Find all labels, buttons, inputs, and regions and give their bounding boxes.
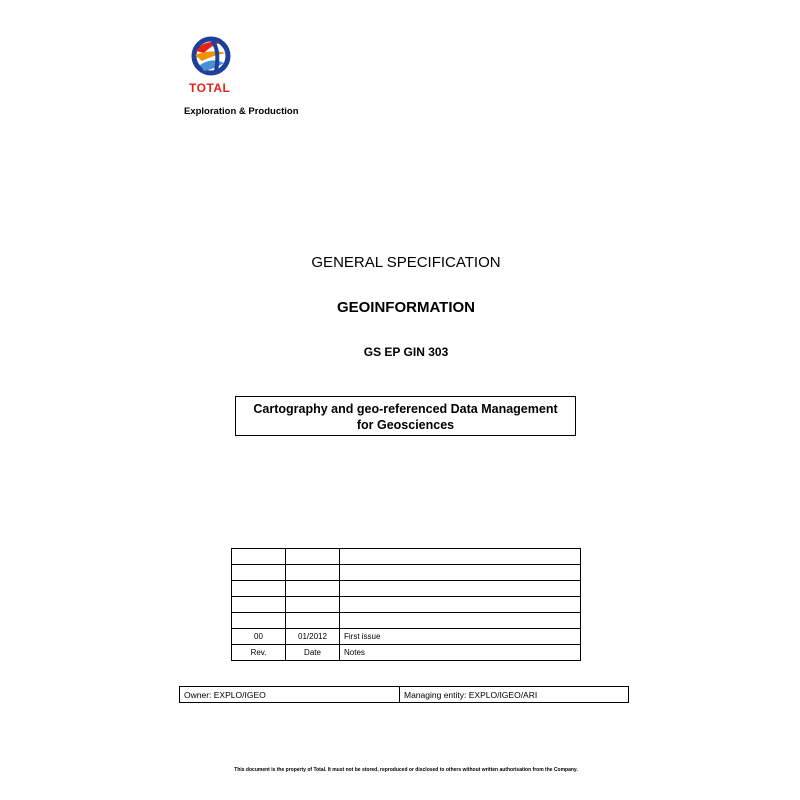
revision-table: 0001/2012First issueRev.DateNotes: [231, 548, 581, 661]
notes-cell: Notes: [340, 645, 581, 661]
document-title: GEOINFORMATION: [0, 299, 800, 316]
document-type: GENERAL SPECIFICATION: [0, 254, 800, 271]
date-cell: [286, 581, 340, 597]
notes-cell: [340, 549, 581, 565]
subject-line-2: for Geosciences: [236, 417, 575, 433]
rev-cell: [232, 581, 286, 597]
managing-entity-cell: Managing entity: EXPLO/IGEO/ARI: [400, 687, 629, 703]
date-cell: 01/2012: [286, 629, 340, 645]
rev-cell: 00: [232, 629, 286, 645]
total-logo-icon: [190, 35, 232, 77]
date-cell: [286, 597, 340, 613]
confidentiality-notice: This document is the property of Total. …: [0, 767, 800, 773]
rev-cell: [232, 597, 286, 613]
rev-cell: [232, 549, 286, 565]
notes-cell: [340, 565, 581, 581]
revision-row: [232, 597, 581, 613]
document-code: GS EP GIN 303: [0, 345, 800, 359]
revision-row: [232, 565, 581, 581]
owner-cell: Owner: EXPLO/IGEO: [180, 687, 400, 703]
rev-cell: Rev.: [232, 645, 286, 661]
subject-line-1: Cartography and geo-referenced Data Mana…: [236, 401, 575, 417]
rev-cell: [232, 565, 286, 581]
revision-row: 0001/2012First issue: [232, 629, 581, 645]
revision-row: [232, 613, 581, 629]
notes-cell: [340, 597, 581, 613]
date-cell: [286, 613, 340, 629]
revision-header-row: Rev.DateNotes: [232, 645, 581, 661]
division-label: Exploration & Production: [184, 106, 299, 117]
rev-cell: [232, 613, 286, 629]
ownership-table: Owner: EXPLO/IGEO Managing entity: EXPLO…: [179, 686, 629, 703]
revision-row: [232, 581, 581, 597]
notes-cell: First issue: [340, 629, 581, 645]
brand-name: TOTAL: [189, 81, 230, 95]
subject-box: Cartography and geo-referenced Data Mana…: [235, 396, 576, 436]
date-cell: Date: [286, 645, 340, 661]
notes-cell: [340, 581, 581, 597]
revision-row: [232, 549, 581, 565]
date-cell: [286, 549, 340, 565]
notes-cell: [340, 613, 581, 629]
date-cell: [286, 565, 340, 581]
